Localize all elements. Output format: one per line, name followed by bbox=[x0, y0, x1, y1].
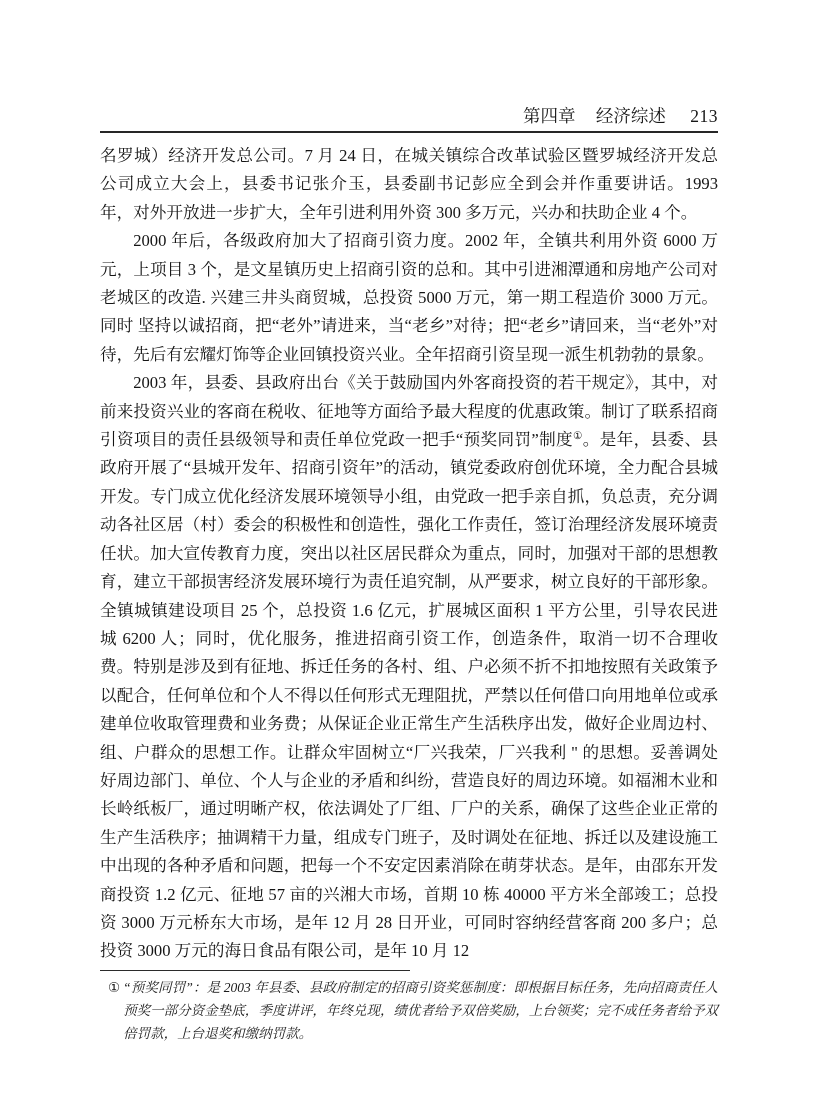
footnote-reference-marker: ① bbox=[573, 431, 583, 442]
section-label: 经济综述 bbox=[596, 106, 666, 126]
paragraph-continuation: 名罗城）经济开发总公司。7 月 24 日，在城关镇综合改革试验区暨罗城经济开发总… bbox=[100, 142, 718, 227]
footnote-separator-rule bbox=[100, 970, 410, 972]
page-content: 名罗城）经济开发总公司。7 月 24 日，在城关镇综合改革试验区暨罗城经济开发总… bbox=[100, 142, 718, 1045]
paragraph-text: 2000 年后，各级政府加大了招商引资力度。2002 年，全镇共利用外资 600… bbox=[100, 231, 718, 364]
paragraph-text: 。是年，县委、县政府开展了“县城开发年、招商引资年”的活动，镇党委政府创优环境，… bbox=[100, 430, 718, 960]
paragraph-2000: 2000 年后，各级政府加大了招商引资力度。2002 年，全镇共利用外资 600… bbox=[100, 227, 718, 369]
footnote: ① “预奖同罚”：是 2003 年县委、县政府制定的招商引资奖惩制度：即根据目标… bbox=[108, 976, 718, 1045]
running-header: 第四章 经济综述 213 bbox=[100, 104, 718, 128]
page-number: 213 bbox=[690, 106, 718, 126]
header-rule bbox=[100, 131, 718, 133]
footnote-text: “预奖同罚”：是 2003 年县委、县政府制定的招商引资奖惩制度：即根据目标任务… bbox=[123, 976, 718, 1045]
chapter-label: 第四章 bbox=[523, 106, 576, 126]
paragraph-text: 名罗城）经济开发总公司。7 月 24 日，在城关镇综合改革试验区暨罗城经济开发总… bbox=[100, 146, 718, 222]
paragraph-2003: 2003 年，县委、县政府出台《关于鼓励国内外客商投资的若干规定》，其中，对前来… bbox=[100, 369, 718, 966]
book-page: 第四章 经济综述 213 名罗城）经济开发总公司。7 月 24 日，在城关镇综合… bbox=[0, 0, 816, 1099]
body-text: 名罗城）经济开发总公司。7 月 24 日，在城关镇综合改革试验区暨罗城经济开发总… bbox=[100, 142, 718, 966]
footnote-marker: ① bbox=[108, 976, 120, 999]
